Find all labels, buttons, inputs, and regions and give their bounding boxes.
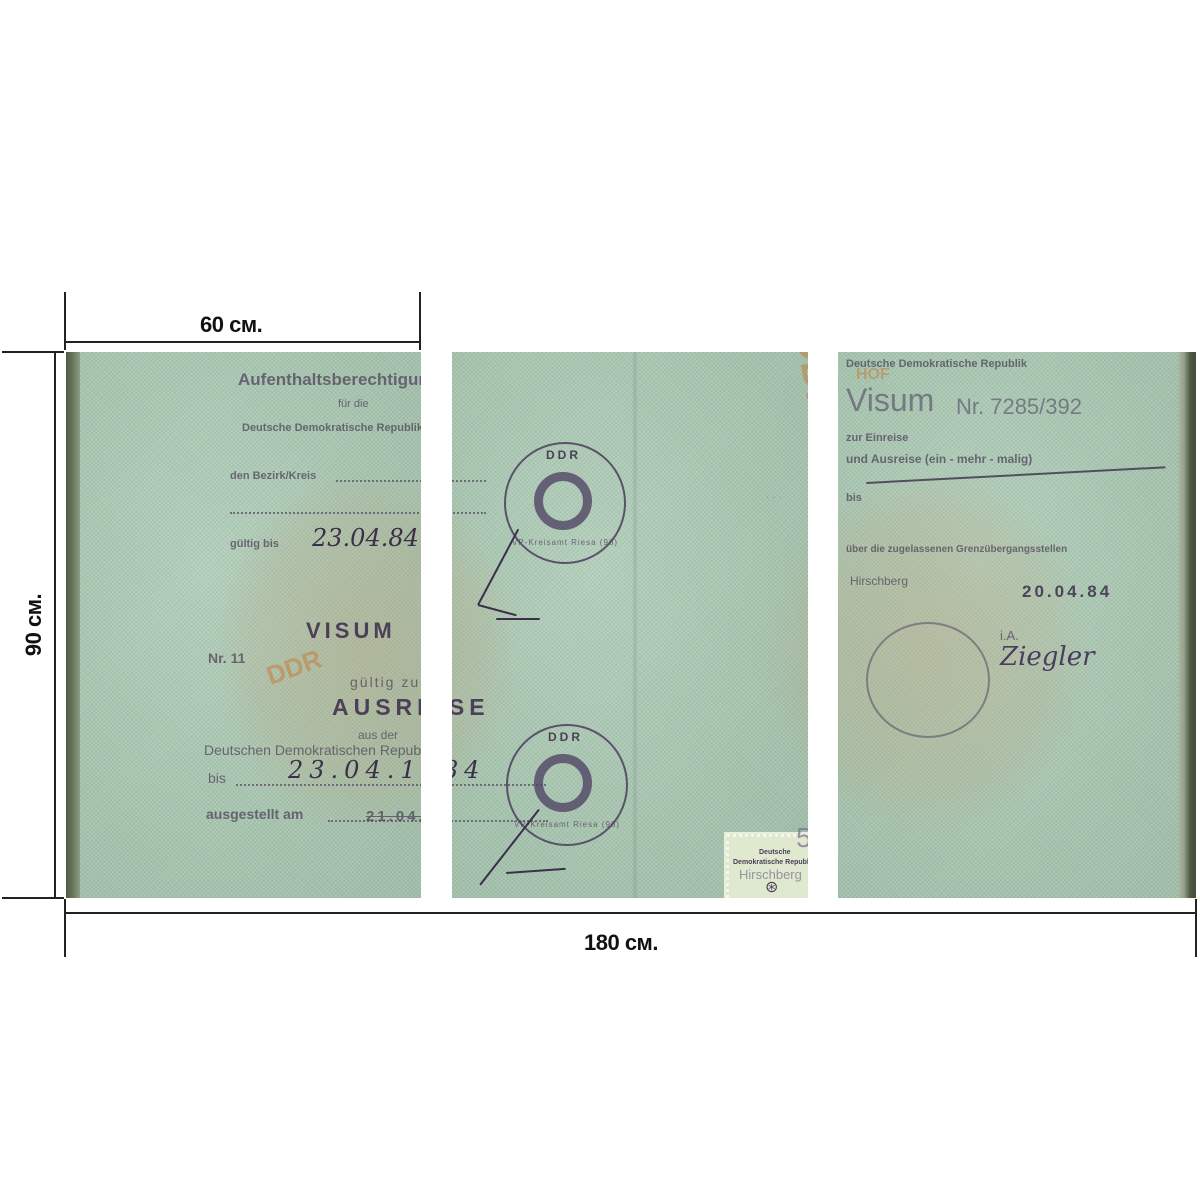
top-dimension-line (64, 341, 421, 343)
issued-value: 21.04.84 (366, 808, 421, 825)
valid-for-text: gültig zur (350, 674, 421, 690)
district-dotline (336, 480, 421, 482)
fee-stamp-cancel-mark: 53 (796, 822, 808, 854)
district-label: den Bezirk/Kreis (230, 470, 316, 482)
bottom-dimension-tick-right (1195, 899, 1197, 957)
canvas-panel-right: Aufenthaltsberechtigung für die Deutsche… (838, 352, 1196, 898)
police-seal-bottom-emblem (534, 754, 592, 812)
crossing-point: Hirschberg (850, 574, 908, 588)
police-seal-top-ring-top: DDR (546, 448, 581, 462)
district-dotline-2 (452, 512, 486, 514)
police-seal-top-emblem (534, 472, 592, 530)
right-visa-label: Visum (846, 382, 934, 419)
bottom-dimension-line (64, 912, 1197, 914)
valid-until-label: gültig bis (230, 538, 279, 550)
until-label: bis (208, 770, 226, 786)
border-crossing-seal (866, 622, 990, 738)
left-dimension-line (54, 351, 56, 899)
right-until-label: bis (846, 492, 862, 504)
total-width-label: 180 см. (584, 930, 658, 956)
fee-stamp-line1: Deutsche (759, 849, 791, 856)
faded-entry-stamp-right: DDR (838, 352, 845, 421)
police-seal-bottom-ring-top: DDR (548, 730, 583, 744)
visa-number: Nr. 11 (208, 650, 245, 666)
residence-permit-heading: Aufenthaltsberechtigung (238, 370, 421, 390)
exit-title: AUSREISE (332, 694, 421, 721)
faded-entry-stamp-right: DDR (786, 352, 808, 421)
for-the-text: für die (338, 398, 369, 410)
from-the-text: aus der (358, 728, 398, 742)
passport-scene: Aufenthaltsberechtigung für die Deutsche… (66, 352, 421, 898)
eagle-watermark-right (766, 472, 808, 832)
canvas-panel-middle: Aufenthaltsberechtigung für die Deutsche… (452, 352, 808, 898)
country-text: Deutsche Demokratische Republik (242, 422, 421, 434)
fee-stamp-overprint: Hirschberg (739, 867, 802, 882)
fee-stamp-line2: Demokratische Republik (733, 859, 808, 866)
until-value: 23.04.1984 (452, 756, 485, 784)
on-behalf: i.A. (1000, 628, 1019, 643)
canvas-panel-left: Aufenthaltsberechtigung für die Deutsche… (66, 352, 421, 898)
district-dotline (452, 480, 486, 482)
until-value: 23.04.1984 (288, 756, 421, 784)
issued-label: ausgestellt am (206, 806, 303, 822)
entry-label: zur Einreise (846, 432, 908, 444)
until-dotline (236, 784, 421, 786)
exit-mult-label: und Ausreise (ein - mehr - malig) (846, 452, 1032, 466)
right-page-header: Deutsche Demokratische Republik (846, 358, 1027, 370)
passport-scene: Aufenthaltsberechtigung für die Deutsche… (452, 352, 808, 898)
valid-until-value: 23.04.84 (312, 524, 419, 552)
right-date: 20.04.84 (1022, 582, 1112, 602)
signature-stroke (506, 868, 566, 874)
bottom-dimension-tick-left (64, 899, 66, 957)
right-visa-number: Nr. 7285/392 (956, 394, 1082, 420)
police-seal-top-ring-bottom: VP-Kreisamt Riesa (96) (512, 538, 618, 547)
signature-stroke (496, 618, 540, 620)
passport-edge-right (1178, 352, 1196, 898)
page-fold (632, 352, 638, 898)
height-label: 90 см. (21, 585, 47, 665)
passport-spine-left (66, 352, 80, 898)
passport-scene: Aufenthaltsberechtigung für die Deutsche… (838, 352, 1196, 898)
visa-title: VISUM (306, 618, 396, 644)
crossing-label: über die zugelassenen Grenzübergangsstel… (846, 544, 1067, 555)
stray-ink-marks: · · · (766, 492, 782, 503)
exit-title: AUSREISE (452, 694, 490, 721)
panel-width-label: 60 см. (200, 312, 262, 338)
district-dotline-2 (230, 512, 421, 514)
officer-signature: Ziegler (1000, 642, 1095, 672)
